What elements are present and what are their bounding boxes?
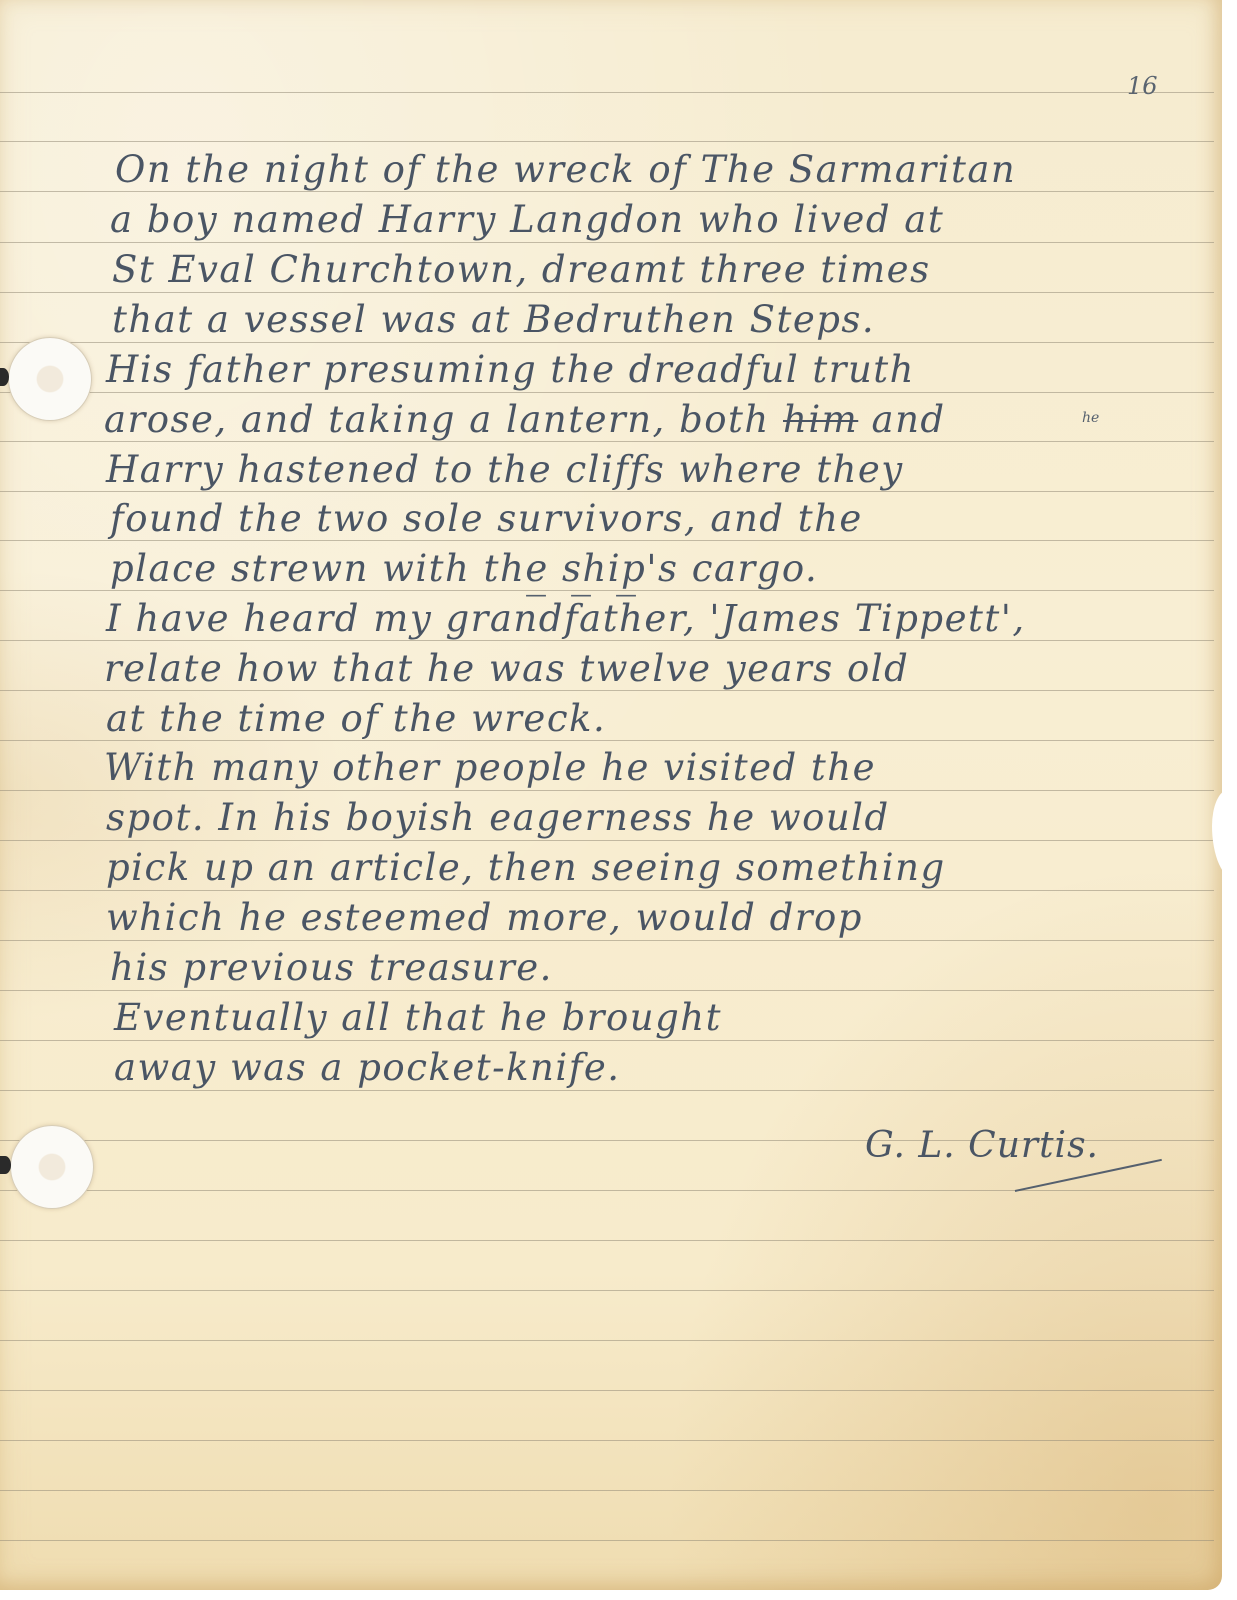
ruled-line — [0, 491, 1214, 492]
page-number: 16 — [1127, 72, 1158, 100]
ruled-line — [0, 690, 1214, 691]
ruled-line — [0, 940, 1214, 941]
ruled-line — [0, 141, 1214, 142]
ruled-line — [0, 790, 1214, 791]
ruled-line — [0, 840, 1214, 841]
text-line: Eventually all that he brought — [114, 996, 722, 1039]
text-line: His father presuming the dreadful truth — [106, 348, 915, 391]
ruled-line — [0, 1040, 1214, 1041]
text-fragment: arose, and taking a lantern, both — [104, 398, 770, 441]
ruled-line — [0, 191, 1214, 192]
text-line: On the night of the wreck of The Sarmari… — [115, 148, 1016, 191]
ruled-line — [0, 441, 1214, 442]
ruled-line — [0, 1390, 1214, 1391]
ruled-line — [0, 342, 1214, 343]
ruled-line — [0, 1490, 1214, 1491]
text-line: at the time of the wreck. — [106, 697, 606, 740]
ruled-line — [0, 392, 1214, 393]
text-line: Harry hastened to the cliffs where they — [106, 448, 904, 491]
ruled-line — [0, 1190, 1214, 1191]
text-line: With many other people he visited the — [104, 746, 876, 789]
text-line: pick up an article, then seeing somethin… — [106, 846, 946, 889]
ruled-line — [0, 1290, 1214, 1291]
ruled-line — [0, 92, 1214, 93]
text-line: his previous treasure. — [110, 946, 553, 989]
punch-hole-top — [8, 337, 92, 421]
ruled-line — [0, 292, 1214, 293]
text-line: spot. In his boyish eagerness he would — [106, 796, 890, 839]
ruled-line — [0, 242, 1214, 243]
inserted-correction: he — [1082, 410, 1099, 426]
text-line: I have heard my grandfather, 'James Tipp… — [106, 597, 1026, 640]
text-line-with-correction: arose, and taking a lantern, both him an… — [104, 398, 946, 441]
struck-word: him — [783, 398, 858, 441]
ruled-line — [0, 1340, 1214, 1341]
text-line: that a vessel was at Bedruthen Steps. — [112, 298, 875, 341]
text-line: St Eval Churchtown, dreamt three times — [112, 248, 931, 291]
ruled-line — [0, 640, 1214, 641]
text-line: away was a pocket-knife. — [114, 1046, 621, 1089]
text-line: which he esteemed more, would drop — [106, 896, 863, 939]
punch-hole-bottom — [10, 1125, 94, 1209]
text-fragment: and — [872, 398, 946, 441]
text-line: found the two sole survivors, and the — [110, 497, 863, 540]
text-line: place strewn with the ship's cargo. — [110, 547, 818, 590]
ruled-line — [0, 1240, 1214, 1241]
ruled-line — [0, 990, 1214, 991]
ruled-line — [0, 1540, 1214, 1541]
text-line: relate how that he was twelve years old — [104, 647, 909, 690]
ruled-line — [0, 1440, 1214, 1441]
ruled-line — [0, 540, 1214, 541]
signature: G. L. Curtis. — [865, 1125, 1099, 1166]
ruled-line — [0, 1090, 1214, 1091]
ruled-line — [0, 890, 1214, 891]
notebook-page: 16 On the night of the wreck of The Sarm… — [0, 0, 1222, 1590]
ruled-line — [0, 740, 1214, 741]
text-line: a boy named Harry Langdon who lived at — [110, 198, 944, 241]
